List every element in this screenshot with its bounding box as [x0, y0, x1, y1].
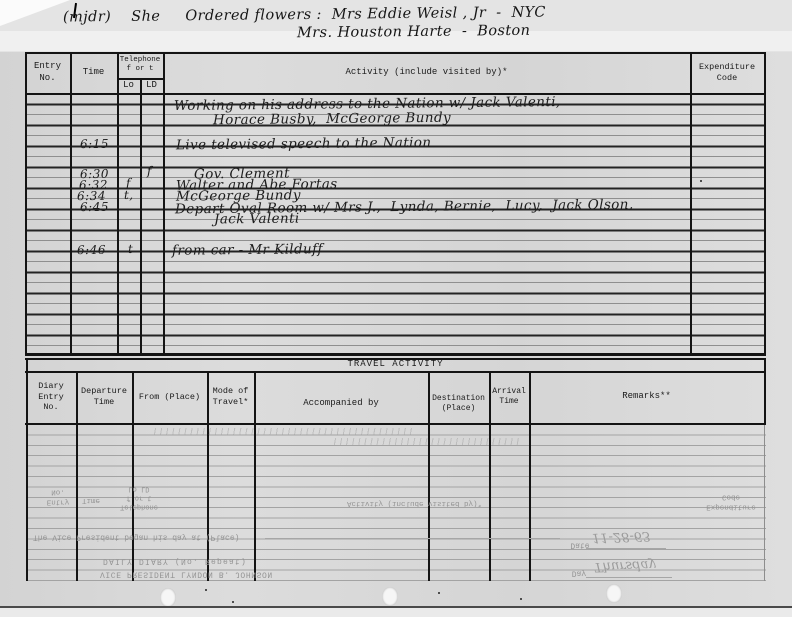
phone-lo-mark: t,: [124, 188, 134, 202]
main-col-divider-time-phone: [117, 52, 119, 355]
punch-hole: [606, 584, 622, 603]
col-header-expenditure: Expenditure Code: [690, 52, 764, 93]
ghost-date-underline: [586, 548, 666, 549]
entry-activity: from car - Mr Kilduff: [172, 241, 323, 259]
scanner-background: [0, 608, 792, 617]
col-header-entry-no: Entry No.: [25, 52, 70, 93]
travel-header-from-place: From (Place): [132, 371, 207, 423]
travel-header-diary-entry-no: Diary Entry No.: [26, 371, 76, 423]
main-col-divider-lo-ld: [140, 79, 142, 355]
travel-right-border-faint: [764, 425, 765, 581]
col-header-telephone: Telephone f or t: [117, 52, 163, 78]
phone-ld-mark: f: [147, 164, 152, 178]
main-col-divider-activity-expenditure: [690, 52, 692, 355]
travel-header-departure-time: Departure Time: [76, 371, 132, 423]
ghost-began-day-line: The Vice President began his day at (Pla…: [33, 531, 273, 541]
dust-speck: [520, 598, 522, 600]
dust-speck: [205, 589, 207, 591]
main-table-right-border: [764, 52, 766, 355]
ghost-daily-diary: DAILY DIARY (No. Repeat): [103, 555, 273, 565]
ghost-day-value: Thursday: [594, 557, 656, 574]
punch-hole: [160, 588, 176, 607]
entry-activity-continued: Horace Busby, McGeorge Bundy: [213, 110, 451, 128]
main-table-ruled-lines: [25, 95, 766, 355]
entry-activity-continued: Jack Valenti: [214, 211, 300, 228]
ghost-expenditure-code: Expenditure Code: [700, 491, 762, 511]
entry-time: 6:46: [77, 243, 106, 257]
ghost-activity: Activity (include visited by)*: [347, 497, 497, 507]
ghost-vp-line: VICE PRESIDENT LYNDON B. JOHNSON: [100, 568, 315, 578]
bleedthrough-scribble: [330, 438, 520, 445]
scanned-diary-page: (mjdr) She Ordered flowers : Mrs Eddie W…: [0, 0, 792, 617]
travel-header-accompanied-by: Accompanied by: [254, 371, 428, 423]
ghost-telephone: Telephone f or t Lo LD: [112, 483, 166, 510]
dust-speck: [232, 601, 234, 603]
punch-hole: [382, 587, 398, 606]
annotation-line-2: Mrs. Houston Harte - Boston: [297, 23, 531, 41]
bleedthrough-scribble: [150, 428, 415, 435]
ghost-time: Time: [76, 494, 106, 504]
dust-speck: [700, 180, 702, 182]
entry-time: 6:45: [80, 200, 109, 214]
main-col-divider-phone-activity: [163, 52, 165, 355]
ghost-day-underline: [586, 577, 672, 578]
ghost-date-value: 11-28-63: [592, 528, 651, 545]
ghost-entry-no: Entry No.: [38, 486, 78, 506]
ghost-rule-line: [265, 538, 560, 539]
col-header-ld: LD: [140, 79, 163, 93]
entry-activity: Live televised speech to the Nation: [176, 135, 432, 154]
col-header-lo: Lo: [117, 79, 140, 93]
entry-time: 6:15: [80, 137, 109, 151]
travel-header-mode-of-travel: Mode of Travel*: [207, 371, 254, 423]
phone-lo-mark: t: [128, 242, 133, 256]
travel-table-title: TRAVEL ACTIVITY: [25, 358, 766, 371]
travel-header-destination: Destination (Place): [428, 371, 489, 423]
main-table-left-border: [25, 52, 27, 355]
travel-table-right-border: [764, 358, 766, 425]
ghost-day-label: Day: [566, 567, 592, 577]
travel-header-arrival-time: Arrival Time: [489, 371, 529, 423]
travel-header-remarks: Remarks**: [529, 371, 764, 423]
col-header-time: Time: [70, 52, 117, 93]
main-col-divider-entry-time: [70, 52, 72, 355]
col-header-activity: Activity (include visited by)*: [163, 52, 690, 93]
dust-speck: [438, 592, 440, 594]
